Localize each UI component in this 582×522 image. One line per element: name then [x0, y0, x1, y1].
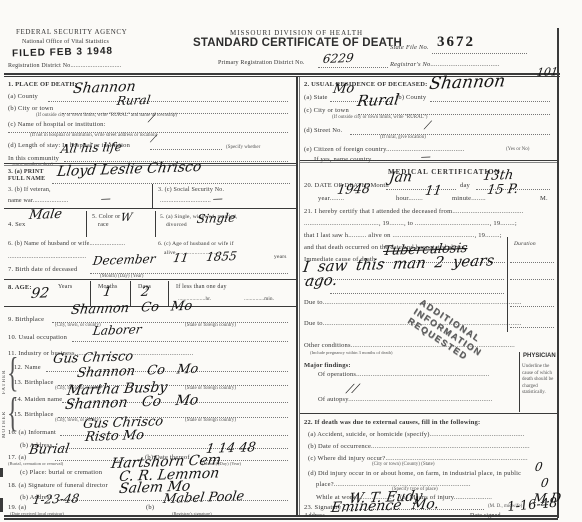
- birthplace-label: 9. Birthplace: [8, 316, 44, 323]
- injury-place-mark-1: 0: [534, 460, 544, 474]
- age-less-than-day-label: If less than one day: [176, 284, 227, 290]
- dotted-line: [510, 326, 554, 328]
- certify-line-1: 21. I hereby certify that I attended the…: [304, 208, 524, 215]
- certificate-title: STANDARD CERTIFICATE OF DEATH: [193, 37, 402, 49]
- right-border: [557, 28, 559, 518]
- of-operations-label: Of operations...........................…: [318, 371, 489, 378]
- column-divider: [296, 77, 298, 515]
- veteran-label: 3. (b) If veteran,: [8, 187, 51, 193]
- underline-cause-note: Underline the cause of which death shoul…: [522, 364, 558, 397]
- occupation-value: Laborer: [92, 322, 143, 338]
- marital-value: Single: [196, 211, 236, 226]
- full-name-label: 3. (a) PRINT: [8, 169, 44, 175]
- duration-column-label: Duration: [514, 241, 536, 247]
- dotted-line: [330, 292, 504, 294]
- cell-divider: [152, 184, 153, 208]
- dotted-line: [48, 100, 288, 102]
- usual-residence-heading: 2. USUAL RESIDENCE OF DECEASED:: [304, 81, 428, 88]
- residence-city-label: (c) City or town: [304, 107, 349, 114]
- agency-office: National Office of Vital Statistics: [22, 39, 109, 45]
- citizen-label: (e) Citizen of foreign country..........…: [304, 146, 465, 153]
- dotted-line: [386, 188, 456, 190]
- age-min-label: ..............min.: [244, 297, 274, 302]
- agency-name: FEDERAL SECURITY AGENCY: [16, 28, 127, 36]
- date-signed-label: Date signed: [470, 513, 501, 519]
- informant-address-value: Risto Mo: [84, 428, 145, 445]
- physician-address-value: Eminence Mo.: [330, 496, 440, 516]
- hospital-fine-print: (If not in hospital or institution, writ…: [30, 133, 157, 138]
- primary-district-label: Primary Registration District No.: [218, 60, 305, 66]
- injury-place-mark-2: 0: [540, 476, 550, 490]
- cell-divider: [86, 211, 87, 237]
- dotted-line: [430, 100, 550, 102]
- full-name-label2: FULL NAME: [8, 176, 45, 182]
- death-minute-label: minute........: [452, 195, 486, 202]
- dotted-line: [52, 182, 290, 184]
- mother-birthplace-label: 15. Birthplace: [14, 411, 54, 418]
- if-yes-country-label: If yes, name country....................…: [314, 156, 453, 163]
- death-month-value: Jan: [388, 169, 413, 186]
- primary-district-value: 6229: [322, 51, 355, 66]
- city-fine-print: (If outside city or town limits, write "…: [36, 113, 177, 118]
- mother-maiden-name-label: 14. Maiden name: [14, 396, 62, 403]
- injury-place-label-1: (d) Did injury occur in or about home, o…: [308, 470, 521, 477]
- dotted-line: [150, 148, 222, 150]
- race-value: W: [120, 211, 133, 224]
- registrar-signature-value: Mabel Poole: [162, 489, 245, 507]
- age-days-value: 2: [140, 285, 150, 300]
- stay-fine-print: (Specify whether: [226, 145, 260, 150]
- community-fine-print: years, months or days): [12, 161, 53, 166]
- ssn-label: 3. (c) Social Security No.: [158, 187, 224, 193]
- sex-label: 4. Sex: [8, 221, 25, 228]
- veteran-label2: name war.....................: [8, 198, 68, 204]
- state-file-number: 3672: [437, 34, 475, 51]
- divider: [300, 413, 557, 414]
- registrar-signature-fine-print: (Registrar's signature): [172, 511, 212, 516]
- physician-margin-label: PHYSICIAN: [523, 353, 556, 359]
- city-label: (b) City or town: [8, 105, 53, 112]
- father-birthplace-value: Shannon Co Mo: [76, 362, 199, 381]
- registrar-date-value: 1-23-48: [32, 491, 80, 507]
- cell-divider: [155, 211, 156, 237]
- operations-marks: ⁄ ⁄: [348, 382, 358, 396]
- burial-place-label: (c) Place: burial or cremation: [20, 469, 102, 476]
- binder-mark: [0, 498, 3, 512]
- death-hour-value: 11: [424, 183, 443, 199]
- ssn-dots: ..............................: [160, 198, 211, 204]
- filed-date-stamp: FILED FEB 3 1948: [12, 46, 113, 60]
- date-signed-value: 1-16-48: [507, 496, 558, 515]
- death-year-value: 1948: [336, 182, 371, 198]
- residence-state-value: Mo: [332, 81, 355, 97]
- father-brace: {: [7, 352, 19, 398]
- dotted-line: [318, 66, 388, 68]
- death-certificate-scan: FEDERAL SECURITY AGENCY National Office …: [0, 0, 582, 522]
- birthplace-value: Shannon Co Mo: [70, 299, 193, 318]
- funeral-director-label: 18. (a) Signature of funeral director: [8, 482, 108, 489]
- dotted-line: [510, 305, 554, 307]
- state-file-label: State File No.: [390, 44, 429, 51]
- age-label: 8. AGE:: [8, 284, 32, 291]
- dotted-line: [72, 340, 288, 342]
- father-birthplace-label: 13. Birthplace: [14, 379, 54, 386]
- occurrence-date-label: (b) Date of occurrence..................…: [308, 443, 530, 450]
- of-autopsy-label: Of autopsy..............................…: [318, 396, 492, 403]
- registration-district-label: Registration District No................…: [8, 63, 121, 69]
- division-name: MISSOURI DIVISION OF HEALTH: [230, 29, 363, 37]
- injury-location-label: (c) Where did injury occur?.............…: [308, 455, 528, 462]
- dotted-line: [510, 261, 554, 263]
- mother-birthplace-fine-print-2: (State or foreign country): [185, 418, 236, 423]
- informant-label: 16. (a) Informant: [8, 429, 56, 436]
- burial-value: Burial: [28, 442, 70, 458]
- residence-city-fine-print: (If outside city or town limits, write "…: [332, 115, 427, 120]
- other-conditions-fine-print: (Include pregnancy within 3 months of de…: [310, 350, 392, 355]
- hospital-mark: ⁄: [150, 112, 154, 125]
- street-mark: ⁄: [426, 119, 430, 132]
- if-yes-mark: —: [420, 152, 432, 163]
- city-value: Rural: [116, 93, 151, 108]
- additional-information-stamp: ADDITIONAL INFORMATION REQUESTED: [405, 297, 490, 368]
- death-m-label: M.: [540, 195, 548, 202]
- divider: [4, 279, 296, 280]
- cause-note-line-2: ago.: [304, 271, 339, 290]
- registrar-date-label: 19. (a): [8, 504, 26, 511]
- birthdate-value: December 11 1855: [92, 249, 238, 268]
- column-divider: [299, 77, 300, 515]
- residence-county-value: Shannon: [428, 71, 507, 94]
- marital-label2: divorced: [166, 222, 187, 228]
- ssn-mark: —: [212, 194, 224, 205]
- birthdate-label: 7. Birth date of deceased: [8, 266, 77, 273]
- community-value: All his life: [60, 140, 123, 156]
- dotted-line: [510, 278, 554, 280]
- race-label2: race: [98, 222, 109, 228]
- note-column-divider: [519, 352, 520, 412]
- residence-state-label: (a) State: [304, 94, 328, 101]
- spouse-age-years-suffix: years: [274, 254, 287, 260]
- burial-label: 17. (a): [8, 454, 26, 461]
- certify-line-3: that I last saw h.......... alive on ...…: [304, 232, 502, 239]
- hospital-label: (c) Name of hospital or institution:: [8, 121, 106, 128]
- veteran-mark: —: [100, 194, 112, 205]
- registrar-number-label: Registrar's No..........................…: [390, 61, 500, 68]
- birthplace-fine-print-2: (State or foreign country): [185, 323, 236, 328]
- citizen-fine-print: (Yes or No): [506, 147, 529, 152]
- age-months-value: 1: [102, 285, 112, 300]
- sex-value: Male: [28, 207, 63, 223]
- birthdate-fine-print: (Month) (Day) (Year): [100, 274, 143, 279]
- certify-line-2: ........................................…: [304, 220, 517, 227]
- occupation-label: 10. Usual occupation: [8, 334, 67, 341]
- binder-mark: [0, 468, 3, 477]
- father-birthplace-fine-print-2: (State or foreign country): [185, 386, 236, 391]
- duration-column-divider: [507, 237, 508, 332]
- residence-county-label: (b) County: [396, 94, 426, 101]
- physician-address-label: Address: [304, 513, 325, 519]
- accident-label: (a) Accident, suicide, or homicide (spec…: [308, 431, 525, 438]
- external-causes-heading: 22. If death was due to external causes,…: [304, 419, 480, 426]
- age-years-value: 92: [30, 285, 50, 302]
- father-name-label: 12. Name: [14, 364, 41, 371]
- spouse-age-label: 6. (c) Age of husband or wife if: [158, 241, 234, 247]
- street-number-label: (d) Street No.: [304, 127, 342, 134]
- mother-birthplace-value: Shannon Co Mo: [64, 392, 199, 413]
- death-day-label: day: [460, 182, 470, 189]
- death-minute-value: 15 P.: [486, 182, 519, 198]
- major-findings-label: Major findings:: [304, 362, 351, 369]
- stay-mark: ⁄: [152, 134, 155, 145]
- burial-fine-print: (Burial, cremation or removal): [8, 461, 63, 466]
- race-label: 5. Color or: [92, 214, 120, 220]
- place-of-death-heading: 1. PLACE OF DEATH:: [8, 81, 77, 88]
- margin-number-mark: 101: [536, 65, 559, 79]
- county-label: (a) County: [8, 93, 38, 100]
- due-to-label-1: Due to..................................…: [304, 299, 522, 306]
- dotted-line: [432, 52, 527, 54]
- death-hour-label: hour........: [396, 195, 423, 202]
- injury-location-fine-print: (City or town) (County) (State): [372, 462, 435, 467]
- spouse-dots: ........................................…: [8, 254, 86, 260]
- street-fine-print: (If rural, give location): [380, 135, 426, 140]
- registrar-date-fine-print: (Date received local registrar): [10, 511, 64, 516]
- registrar-signature-label: (b): [146, 504, 154, 511]
- age-years-label: Years: [58, 284, 72, 290]
- spouse-name-label: 6. (b) Name of husband or wife..........…: [8, 241, 125, 247]
- residence-city-value: Rural: [356, 90, 400, 110]
